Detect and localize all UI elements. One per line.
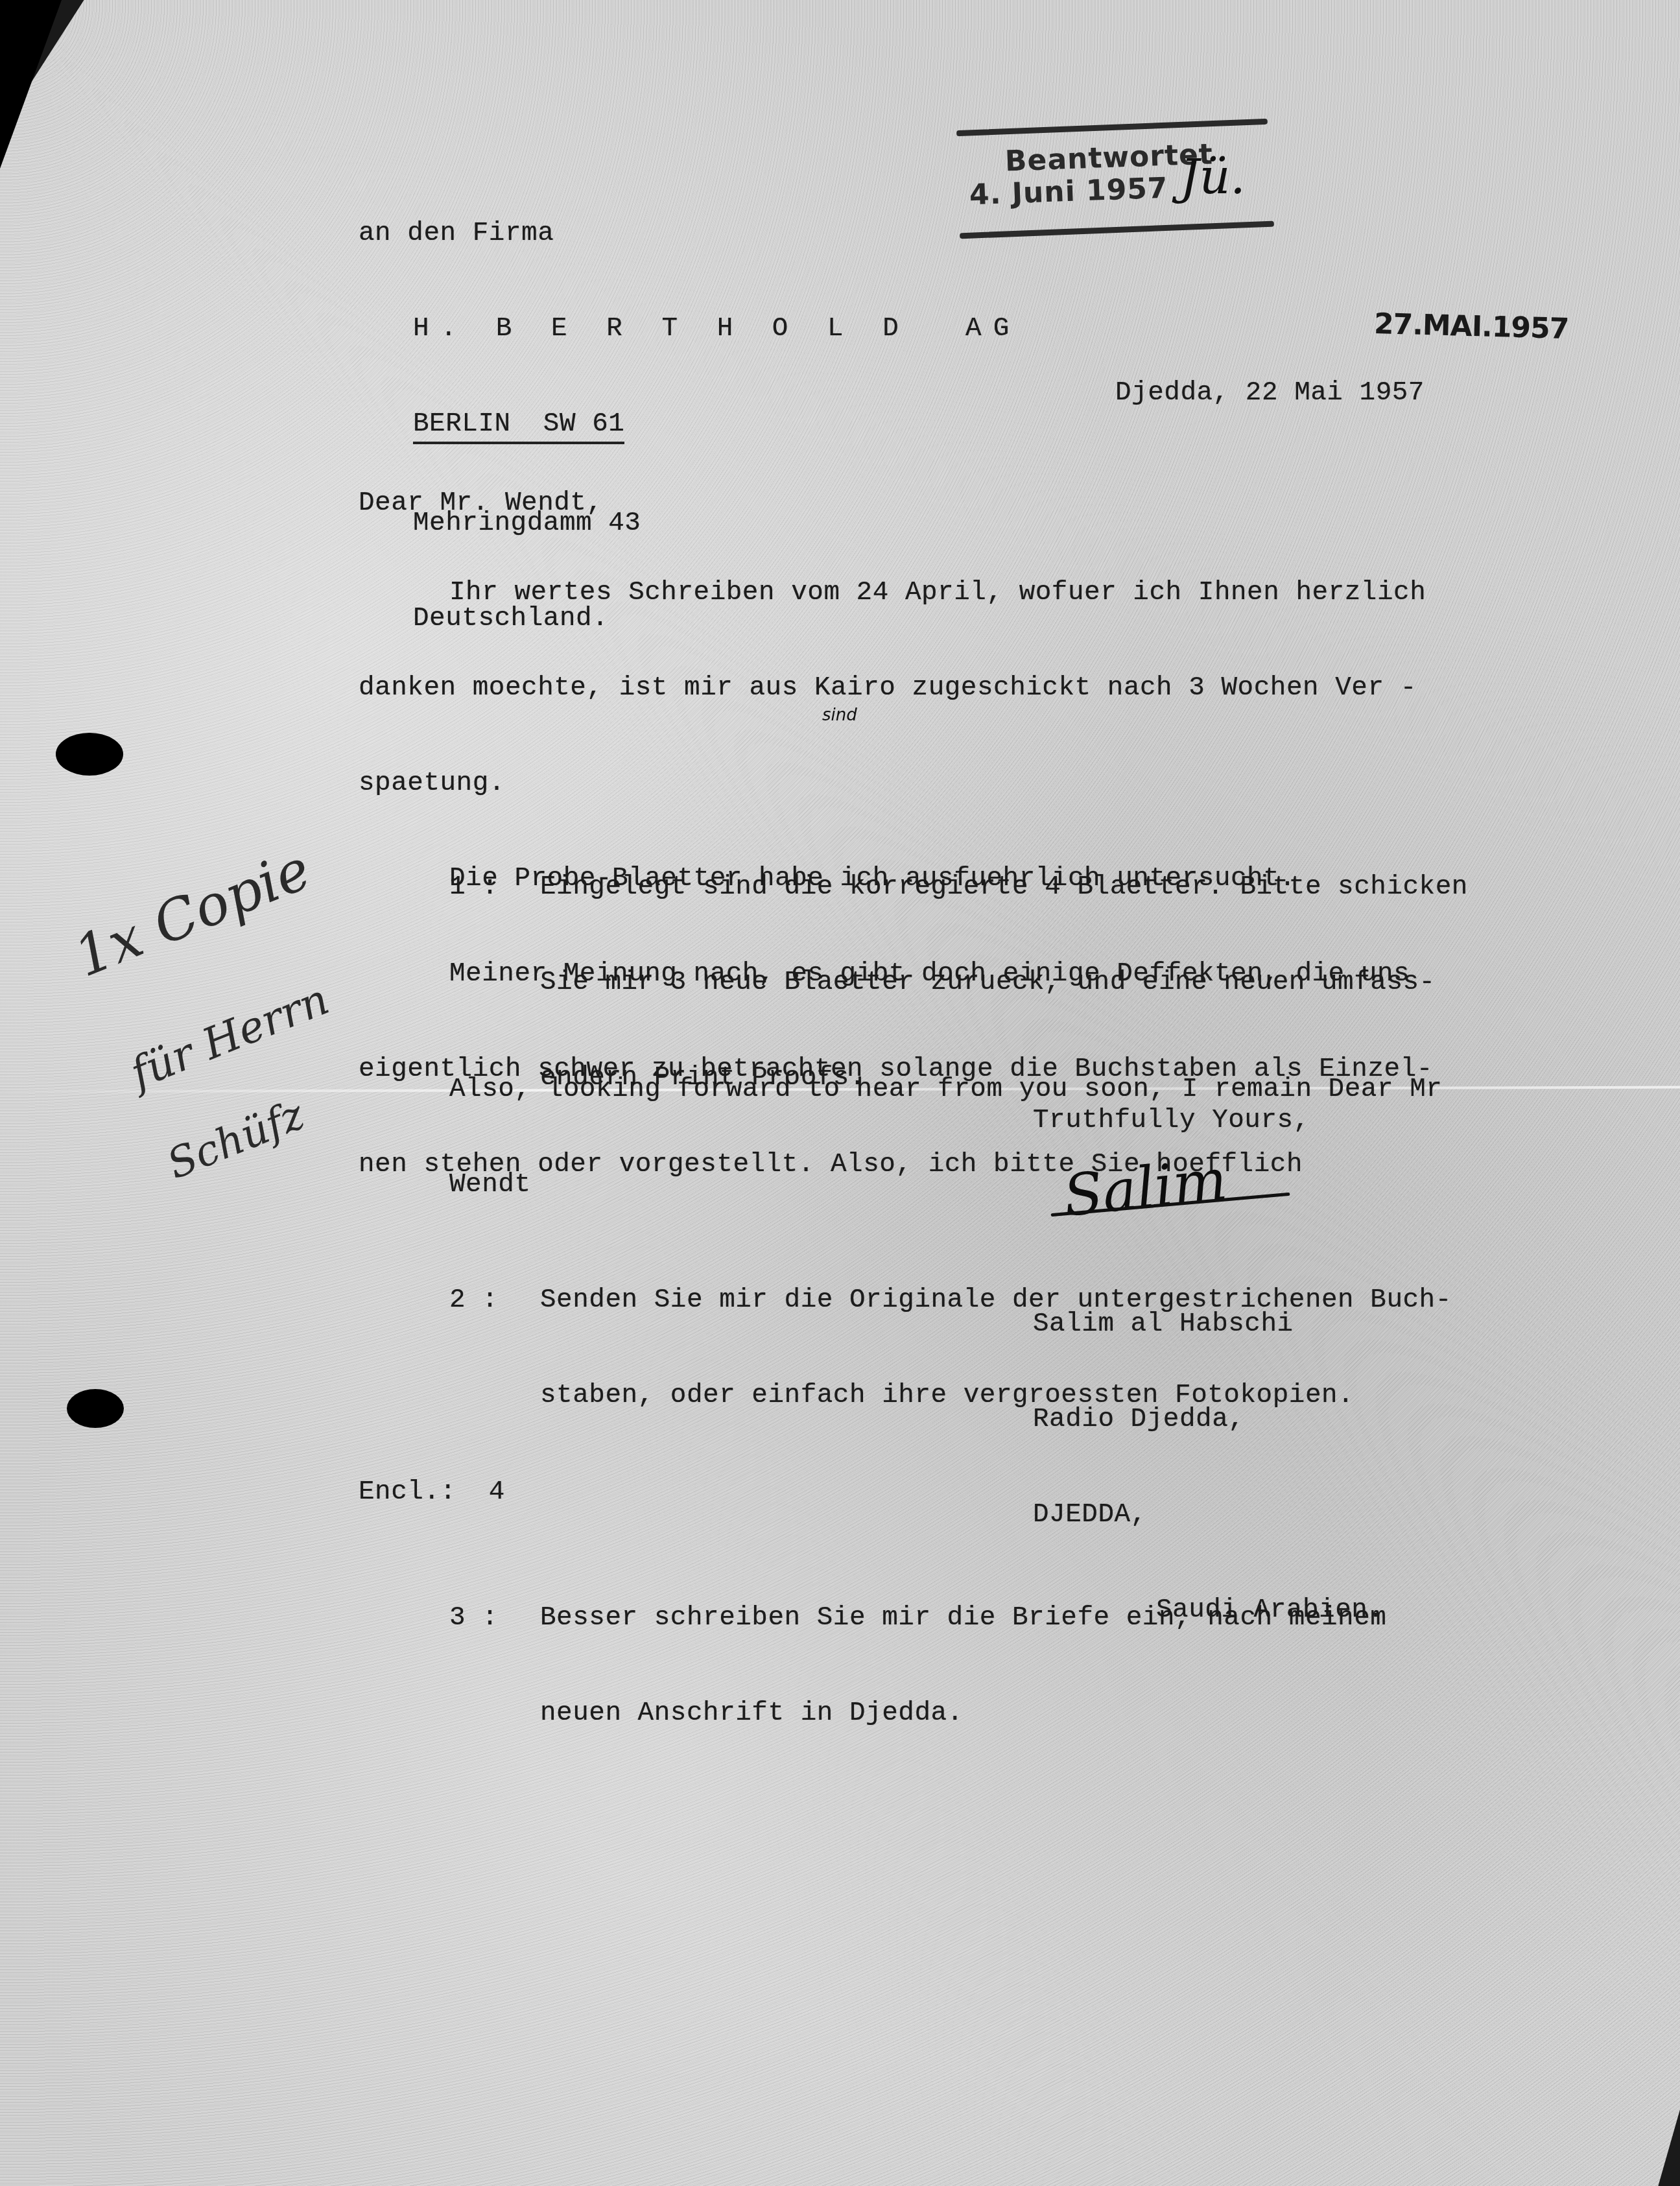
enclosure-note: Encl.: 4 — [359, 1477, 505, 1508]
body-line: danken moechte, ist mir aus Kairo zugesc… — [359, 672, 1433, 704]
punch-hole — [56, 733, 123, 776]
stamp-rule — [960, 221, 1274, 239]
list-number: 1 : — [359, 872, 540, 903]
sender-city: DJEDDA, — [1033, 1499, 1384, 1531]
received-date-stamp: 27.MAI.1957 — [1373, 307, 1569, 346]
address-line: an den Firma — [359, 218, 1021, 250]
stamp-date: 4. Juni 1957 — [969, 172, 1168, 212]
place-date: Djedda, 22 Mai 1957 — [1115, 377, 1425, 409]
handwritten-insertion: sind — [822, 706, 857, 725]
sender-name: Salim al Habschi — [1033, 1309, 1384, 1340]
list-line: Sie mir 3 neue Blaetter zurueck, und ein… — [359, 967, 1468, 999]
closing-line: Also, looking forward to hear from you s… — [449, 1074, 1442, 1106]
stamp-rule — [956, 119, 1268, 136]
list-line: Eingelegt sind die korregierte 4 Blaette… — [540, 872, 1468, 902]
list-number: 2 : — [359, 1285, 540, 1316]
body-line: Ihr wertes Schreiben vom 24 April, wofue… — [359, 577, 1433, 609]
city-line: BERLIN SW 61 — [413, 409, 624, 444]
list-number: 3 : — [359, 1602, 540, 1634]
sender-org: Radio Djedda, — [1033, 1404, 1384, 1436]
answered-stamp: Beantwortet 4. Juni 1957 Jü. — [956, 110, 1271, 240]
closing-line: Wendt — [449, 1169, 1442, 1201]
punch-hole — [67, 1389, 124, 1428]
sender-country: Saudi Arabien. — [1033, 1595, 1384, 1626]
company-name: H. B E R T H O L D AG — [359, 313, 1021, 345]
stamp-initial: Jü. — [1180, 149, 1246, 205]
list-line: neuen Anschrift in Djedda. — [359, 1698, 1468, 1729]
sender-address: Salim al Habschi Radio Djedda, DJEDDA, S… — [1033, 1245, 1384, 1658]
sign-off: Truthfully Yours, — [1033, 1105, 1310, 1137]
